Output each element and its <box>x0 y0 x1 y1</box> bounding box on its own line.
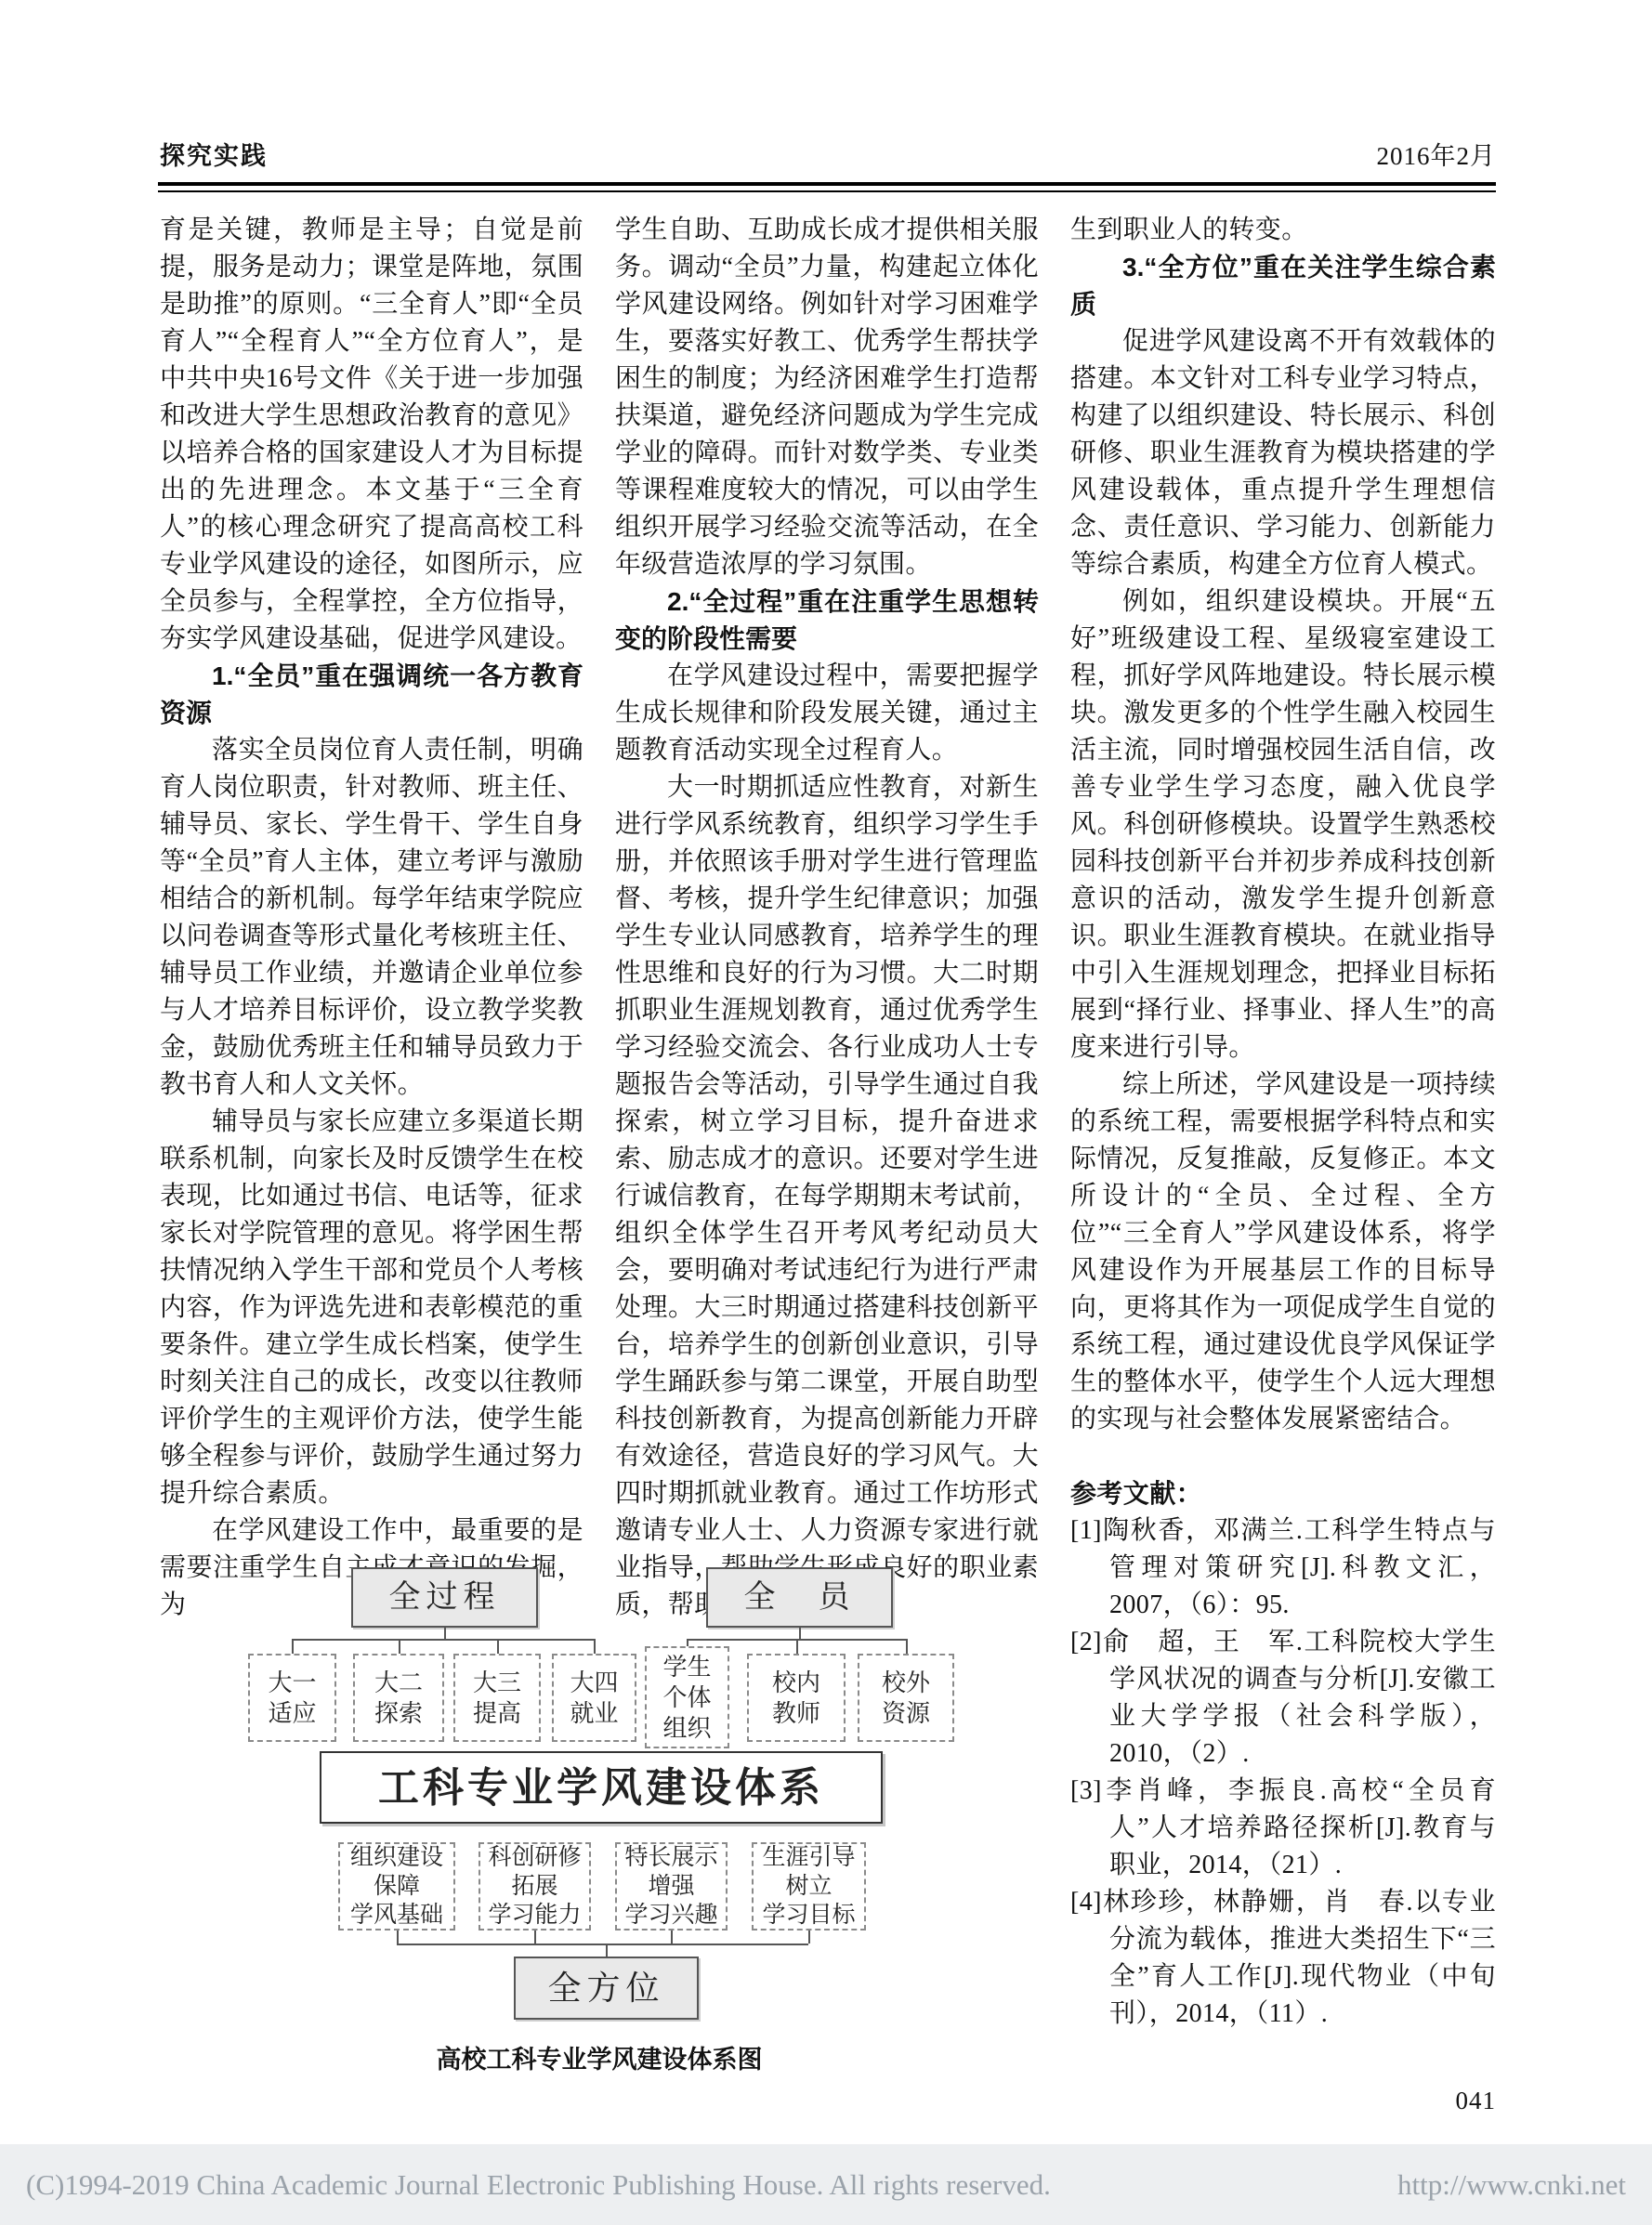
page: 探究实践 2016年2月 育是关键，教师是主导；自觉是前提，服务是动力；课堂是阵… <box>0 0 1652 2225</box>
column-3: 生到职业人的转变。3.“全方位”重在关注学生综合素质促进学风建设离不开有效载体的… <box>1070 212 1496 2033</box>
journal-section-label: 探究实践 <box>160 136 268 172</box>
connector-line <box>397 1944 808 1945</box>
connector-line <box>906 1639 908 1654</box>
diagram-box-whole-process: 全过程 <box>351 1567 538 1628</box>
paragraph: 落实全员岗位育人责任制，明确育人岗位职责，针对教师、班主任、辅导员、家长、学生骨… <box>160 732 583 1104</box>
diagram-box-system-title: 工科专业学风建设体系 <box>320 1751 883 1824</box>
header-rule-thick <box>158 182 1496 186</box>
paragraph: 育是关键，教师是主导；自觉是前提，服务是动力；课堂是阵地，氛围是助推”的原则。“… <box>160 212 583 658</box>
paragraph: 促进学风建设离不开有效载体的搭建。本文针对工科专业学习特点，构建了以组织建设、特… <box>1070 323 1496 583</box>
issue-date: 2016年2月 <box>1377 136 1497 172</box>
diagram-box-student-org: 学生 个体 组织 <box>645 1646 729 1748</box>
footer-url[interactable]: http://www.cnki.net <box>1397 2168 1626 2202</box>
diagram-box-external-resources: 校外 资源 <box>858 1654 954 1742</box>
reference-item: [2]俞 超，王 军.工科院校大学生学风状况的调查与分析[J].安徽工业大学学报… <box>1070 1624 1496 1773</box>
diagram-box-all-round: 全方位 <box>514 1957 699 2020</box>
paragraph: 在学风建设过程中，需要把握学生成长规律和阶段发展关键，通过主题教育活动实现全过程… <box>615 658 1039 769</box>
footer: (C)1994-2019 China Academic Journal Elec… <box>0 2144 1652 2225</box>
diagram-box-module-organization: 组织建设 保障 学风基础 <box>338 1842 455 1931</box>
paragraph: 大一时期抓适应性教育，对新生进行学风系统教育，组织学习学生手册，并依照该手册对学… <box>615 769 1039 1624</box>
diagram-box-all-members: 全 员 <box>706 1567 893 1628</box>
connector-line <box>594 1639 596 1654</box>
connector-line <box>399 1639 400 1654</box>
column-2: 学生自助、互助成长成才提供相关服务。调动“全员”力量，构建起立体化学风建设网络。… <box>615 212 1039 1624</box>
diagram-box-campus-teachers: 校内 教师 <box>747 1654 846 1742</box>
paragraph: 学生自助、互助成长成才提供相关服务。调动“全员”力量，构建起立体化学风建设网络。… <box>615 212 1039 583</box>
page-number: 041 <box>1394 2087 1496 2115</box>
references-list: [1]陶秋香，邓满兰.工科学生特点与管理对策研究[J].科教文汇，2007，（6… <box>1070 1512 1496 2033</box>
paragraph: 2.“全过程”重在注重学生思想转变的阶段性需要 <box>615 583 1039 658</box>
connector-line <box>292 1639 595 1641</box>
connector-line <box>534 1931 536 1944</box>
connector-line <box>444 1628 446 1639</box>
diagram-caption: 高校工科专业学风建设体系图 <box>321 2039 878 2075</box>
column-3-body: 生到职业人的转变。3.“全方位”重在关注学生综合素质促进学风建设离不开有效载体的… <box>1070 212 1496 1438</box>
paragraph: 综上所述，学风建设是一项持续的系统工程，需要根据学科特点和实际情况，反复推敲，反… <box>1070 1067 1496 1438</box>
connector-line <box>292 1639 294 1654</box>
reference-item: [3]李肖峰，李振良.高校“全员育人”人才培养路径探析[J].教育与职业，201… <box>1070 1773 1496 1884</box>
paragraph: 辅导员与家长应建立多渠道长期联系机制，向家长及时反馈学生在校表现，比如通过书信、… <box>160 1104 583 1512</box>
column-1: 育是关键，教师是主导；自觉是前提，服务是动力；课堂是阵地，氛围是助推”的原则。“… <box>160 212 583 1624</box>
diagram-box-year4-employment: 大四 就业 <box>552 1654 636 1742</box>
connector-line <box>397 1931 399 1944</box>
connector-line <box>671 1931 673 1944</box>
connector-line <box>796 1639 798 1654</box>
diagram: 全过程 全 员 大一 适应 大二 探索 大三 提高 大四 就业 学生 个体 组织… <box>167 1533 1003 2090</box>
diagram-box-module-career: 生涯引导 树立 学习目标 <box>752 1842 866 1931</box>
reference-item: [4]林珍珍，林静姗，肖 春.以专业分流为载体，推进大类招生下“三全”育人工作[… <box>1070 1884 1496 2033</box>
diagram-box-year2-explore: 大二 探索 <box>353 1654 444 1742</box>
references-title: 参考文献： <box>1070 1475 1496 1512</box>
diagram-box-year1-adapt: 大一 适应 <box>248 1654 336 1742</box>
copyright-text: (C)1994-2019 China Academic Journal Elec… <box>26 2168 1051 2202</box>
connector-line <box>606 1944 608 1957</box>
paragraph: 3.“全方位”重在关注学生综合素质 <box>1070 249 1496 323</box>
connector-line <box>808 1931 810 1944</box>
reference-item: [1]陶秋香，邓满兰.工科学生特点与管理对策研究[J].科教文汇，2007，（6… <box>1070 1512 1496 1624</box>
diagram-box-module-scitech: 科创研修 拓展 学习能力 <box>479 1842 591 1931</box>
paragraph: 1.“全员”重在强调统一各方教育资源 <box>160 658 583 732</box>
paragraph: 生到职业人的转变。 <box>1070 212 1496 249</box>
diagram-box-year3-improve: 大三 提高 <box>453 1654 541 1742</box>
connector-line <box>799 1628 801 1639</box>
paragraph: 例如，组织建设模块。开展“五好”班级建设工程、星级寝室建设工程，抓好学风阵地建设… <box>1070 583 1496 1067</box>
connector-line <box>497 1639 499 1654</box>
header-rule-thin <box>158 190 1496 192</box>
diagram-box-module-talent: 特长展示 增强 学习兴趣 <box>615 1842 728 1931</box>
